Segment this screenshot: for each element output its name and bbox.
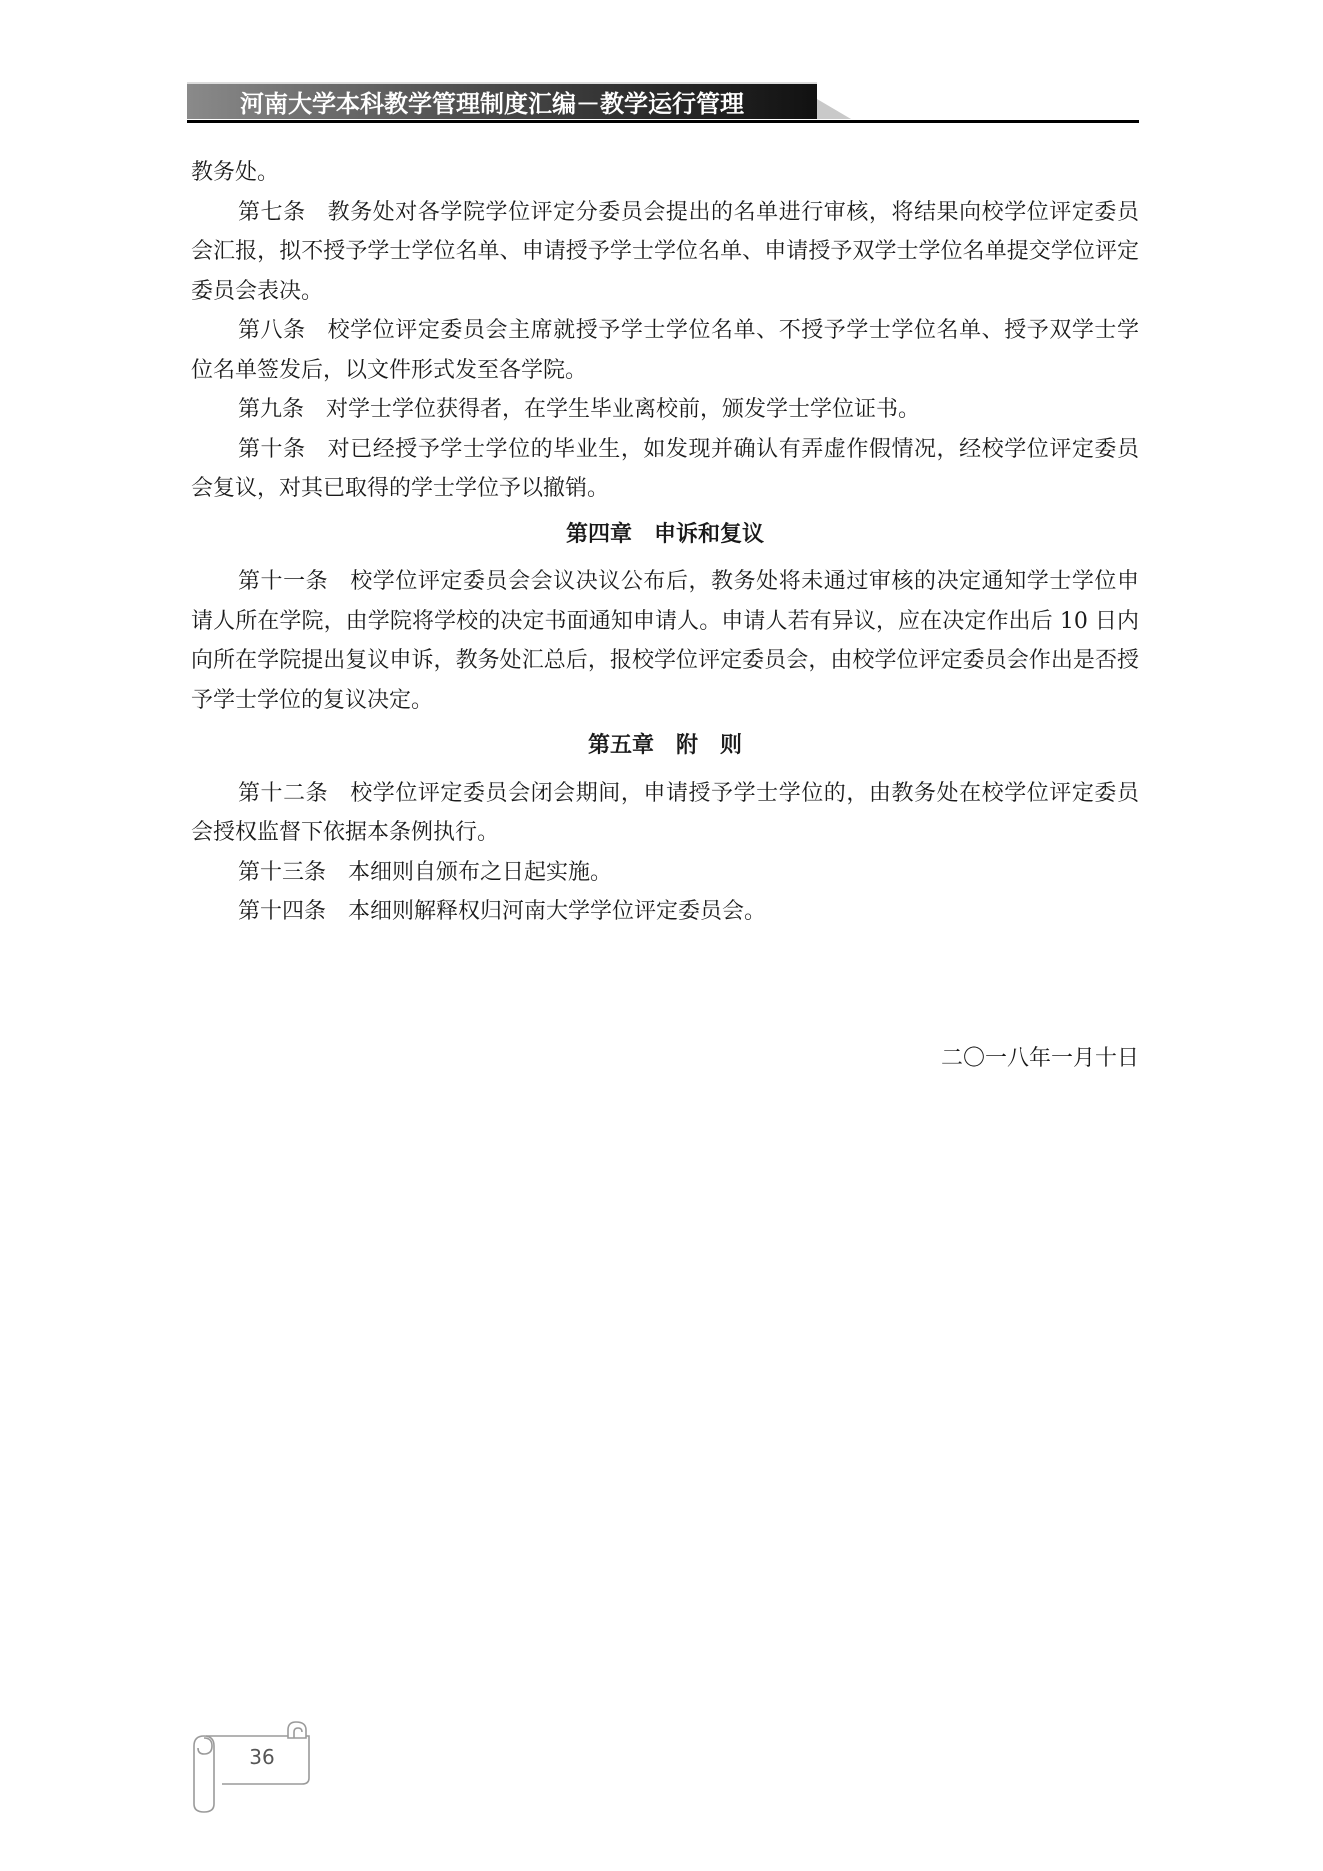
article-8: 第八条校学位评定委员会主席就授予学士学位名单、不授予学士学位名单、授予双学士学位… [191, 311, 1139, 390]
article-text: 校学位评定委员会会议决议公布后，教务处将未通过审核的决定通知学士学位申请人所在学… [191, 569, 1139, 713]
article-number: 第七条 [238, 200, 306, 225]
article-9: 第九条对学士学位获得者，在学生毕业离校前，颁发学士学位证书。 [191, 390, 1139, 430]
article-number: 第十三条 [238, 860, 326, 885]
article-text: 对学士学位获得者，在学生毕业离校前，颁发学士学位证书。 [326, 397, 920, 422]
page-number: 36 [242, 1745, 282, 1769]
page-number-badge: 36 [184, 1716, 314, 1816]
article-number: 第八条 [238, 318, 306, 343]
document-body: 教务处。 第七条教务处对各学院学位评定分委员会提出的名单进行审核，将结果向校学位… [191, 153, 1139, 932]
article-14: 第十四条本细则解释权归河南大学学位评定委员会。 [191, 892, 1139, 932]
lead-line: 教务处。 [191, 153, 1139, 193]
article-number: 第十二条 [238, 781, 328, 806]
article-number: 第十一条 [238, 569, 328, 594]
page-header: 河南大学本科教学管理制度汇编－教学运行管理 [187, 82, 1139, 124]
document-page: 河南大学本科教学管理制度汇编－教学运行管理 教务处。 第七条教务处对各学院学位评… [0, 0, 1323, 1871]
article-7: 第七条教务处对各学院学位评定分委员会提出的名单进行审核，将结果向校学位评定委员会… [191, 193, 1139, 312]
article-text: 教务处对各学院学位评定分委员会提出的名单进行审核，将结果向校学位评定委员会汇报，… [191, 200, 1139, 304]
article-text: 校学位评定委员会主席就授予学士学位名单、不授予学士学位名单、授予双学士学位名单签… [191, 318, 1139, 383]
article-10: 第十条对已经授予学士学位的毕业生，如发现并确认有弄虚作假情况，经校学位评定委员会… [191, 430, 1139, 509]
header-title: 河南大学本科教学管理制度汇编－教学运行管理 [240, 84, 764, 119]
article-12: 第十二条校学位评定委员会闭会期间，申请授予学士学位的，由教务处在校学位评定委员会… [191, 774, 1139, 853]
banner-tail-decoration [817, 99, 851, 119]
article-13: 第十三条本细则自颁布之日起实施。 [191, 853, 1139, 893]
article-text: 本细则解释权归河南大学学位评定委员会。 [348, 899, 766, 924]
article-11: 第十一条校学位评定委员会会议决议公布后，教务处将未通过审核的决定通知学士学位申请… [191, 562, 1139, 720]
header-banner: 河南大学本科教学管理制度汇编－教学运行管理 [187, 82, 817, 119]
article-number: 第十条 [238, 437, 306, 462]
header-rule [187, 120, 1139, 123]
issue-date: 二〇一八年一月十日 [900, 1044, 1139, 1074]
chapter-heading-5: 第五章 附 则 [191, 726, 1139, 766]
article-text: 本细则自颁布之日起实施。 [348, 860, 612, 885]
article-number: 第十四条 [238, 899, 326, 924]
article-text: 校学位评定委员会闭会期间，申请授予学士学位的，由教务处在校学位评定委员会授权监督… [191, 781, 1139, 846]
article-text: 对已经授予学士学位的毕业生，如发现并确认有弄虚作假情况，经校学位评定委员会复议，… [191, 437, 1139, 502]
article-number: 第九条 [238, 397, 304, 422]
chapter-heading-4: 第四章 申诉和复议 [191, 515, 1139, 555]
